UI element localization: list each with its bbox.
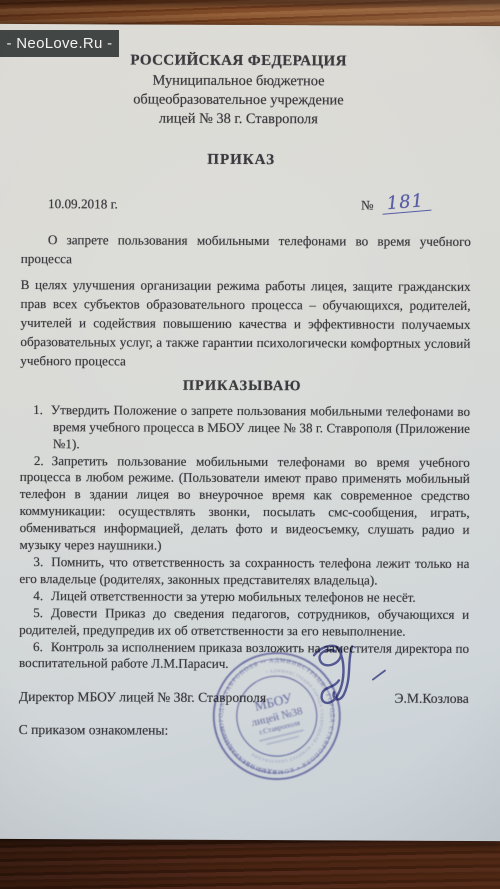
handwritten-order-number: 181	[381, 191, 432, 215]
order-item-3: 3.Помнить, что ответственность за сохран…	[19, 554, 469, 590]
order-item-5: 5.Довести Приказ до сведения педагогов, …	[19, 605, 469, 641]
watermark-text: - NeoLove.Ru -	[7, 35, 113, 52]
date-number-row: 10.09.2018 г. № 181	[21, 194, 471, 216]
order-item-4: 4.Лицей ответственности за утерю мобильн…	[19, 588, 469, 607]
order-items: 1.Утвердить Положение о запрете пользова…	[19, 402, 470, 674]
order-number-block: № 181	[361, 195, 431, 215]
watermark-badge: - NeoLove.Ru -	[0, 30, 119, 57]
item-text: Помнить, что ответственность за сохранно…	[19, 554, 469, 587]
director-signature-ink	[286, 639, 401, 720]
doc-type-title: ПРИКАЗ	[16, 149, 466, 171]
item-number: 5.	[33, 605, 43, 620]
item-text: Лицей ответственности за утерю мобильных…	[51, 588, 416, 605]
item-number: 3.	[33, 554, 43, 569]
item-number: 2.	[34, 453, 44, 468]
letterhead: РОССИЙСКАЯ ФЕДЕРАЦИЯ Муниципальное бюдже…	[13, 50, 463, 130]
item-text: Запретить пользование мобильными телефон…	[19, 453, 469, 553]
document-paper: РОССИЙСКАЯ ФЕДЕРАЦИЯ Муниципальное бюдже…	[0, 24, 500, 841]
item-text: Довести Приказ до сведения педагогов, со…	[19, 605, 469, 638]
order-item-1: 1.Утвердить Положение о запрете пользова…	[53, 402, 470, 455]
stamp-fineprint-line	[266, 735, 300, 745]
item-text: Утвердить Положение о запрете пользовани…	[51, 402, 470, 451]
item-number: 1.	[33, 402, 43, 417]
number-sign: №	[361, 195, 374, 215]
directive-word: ПРИКАЗЫВАЮ	[17, 375, 467, 397]
order-date: 10.09.2018 г.	[48, 194, 118, 214]
letterhead-org-line-3: лицей № 38 г. Ставрополя	[13, 109, 463, 130]
order-subject: О запрете пользования мобильными телефон…	[21, 230, 471, 271]
letterhead-org-line-1: Муниципальное бюджетное	[13, 71, 463, 92]
item-number: 6.	[33, 639, 43, 654]
item-number: 4.	[33, 588, 43, 603]
signature-name: Э.М.Козлова	[395, 689, 469, 708]
order-item-2: 2.Запретить пользование мобильными телеф…	[19, 453, 469, 556]
signature-stroke	[373, 671, 385, 680]
photo-scene: РОССИЙСКАЯ ФЕДЕРАЦИЯ Муниципальное бюдже…	[0, 0, 500, 889]
order-preamble: В целях улучшения организации режима раб…	[20, 275, 470, 372]
letterhead-org-line-2: общеобразовательное учреждение	[13, 90, 463, 111]
